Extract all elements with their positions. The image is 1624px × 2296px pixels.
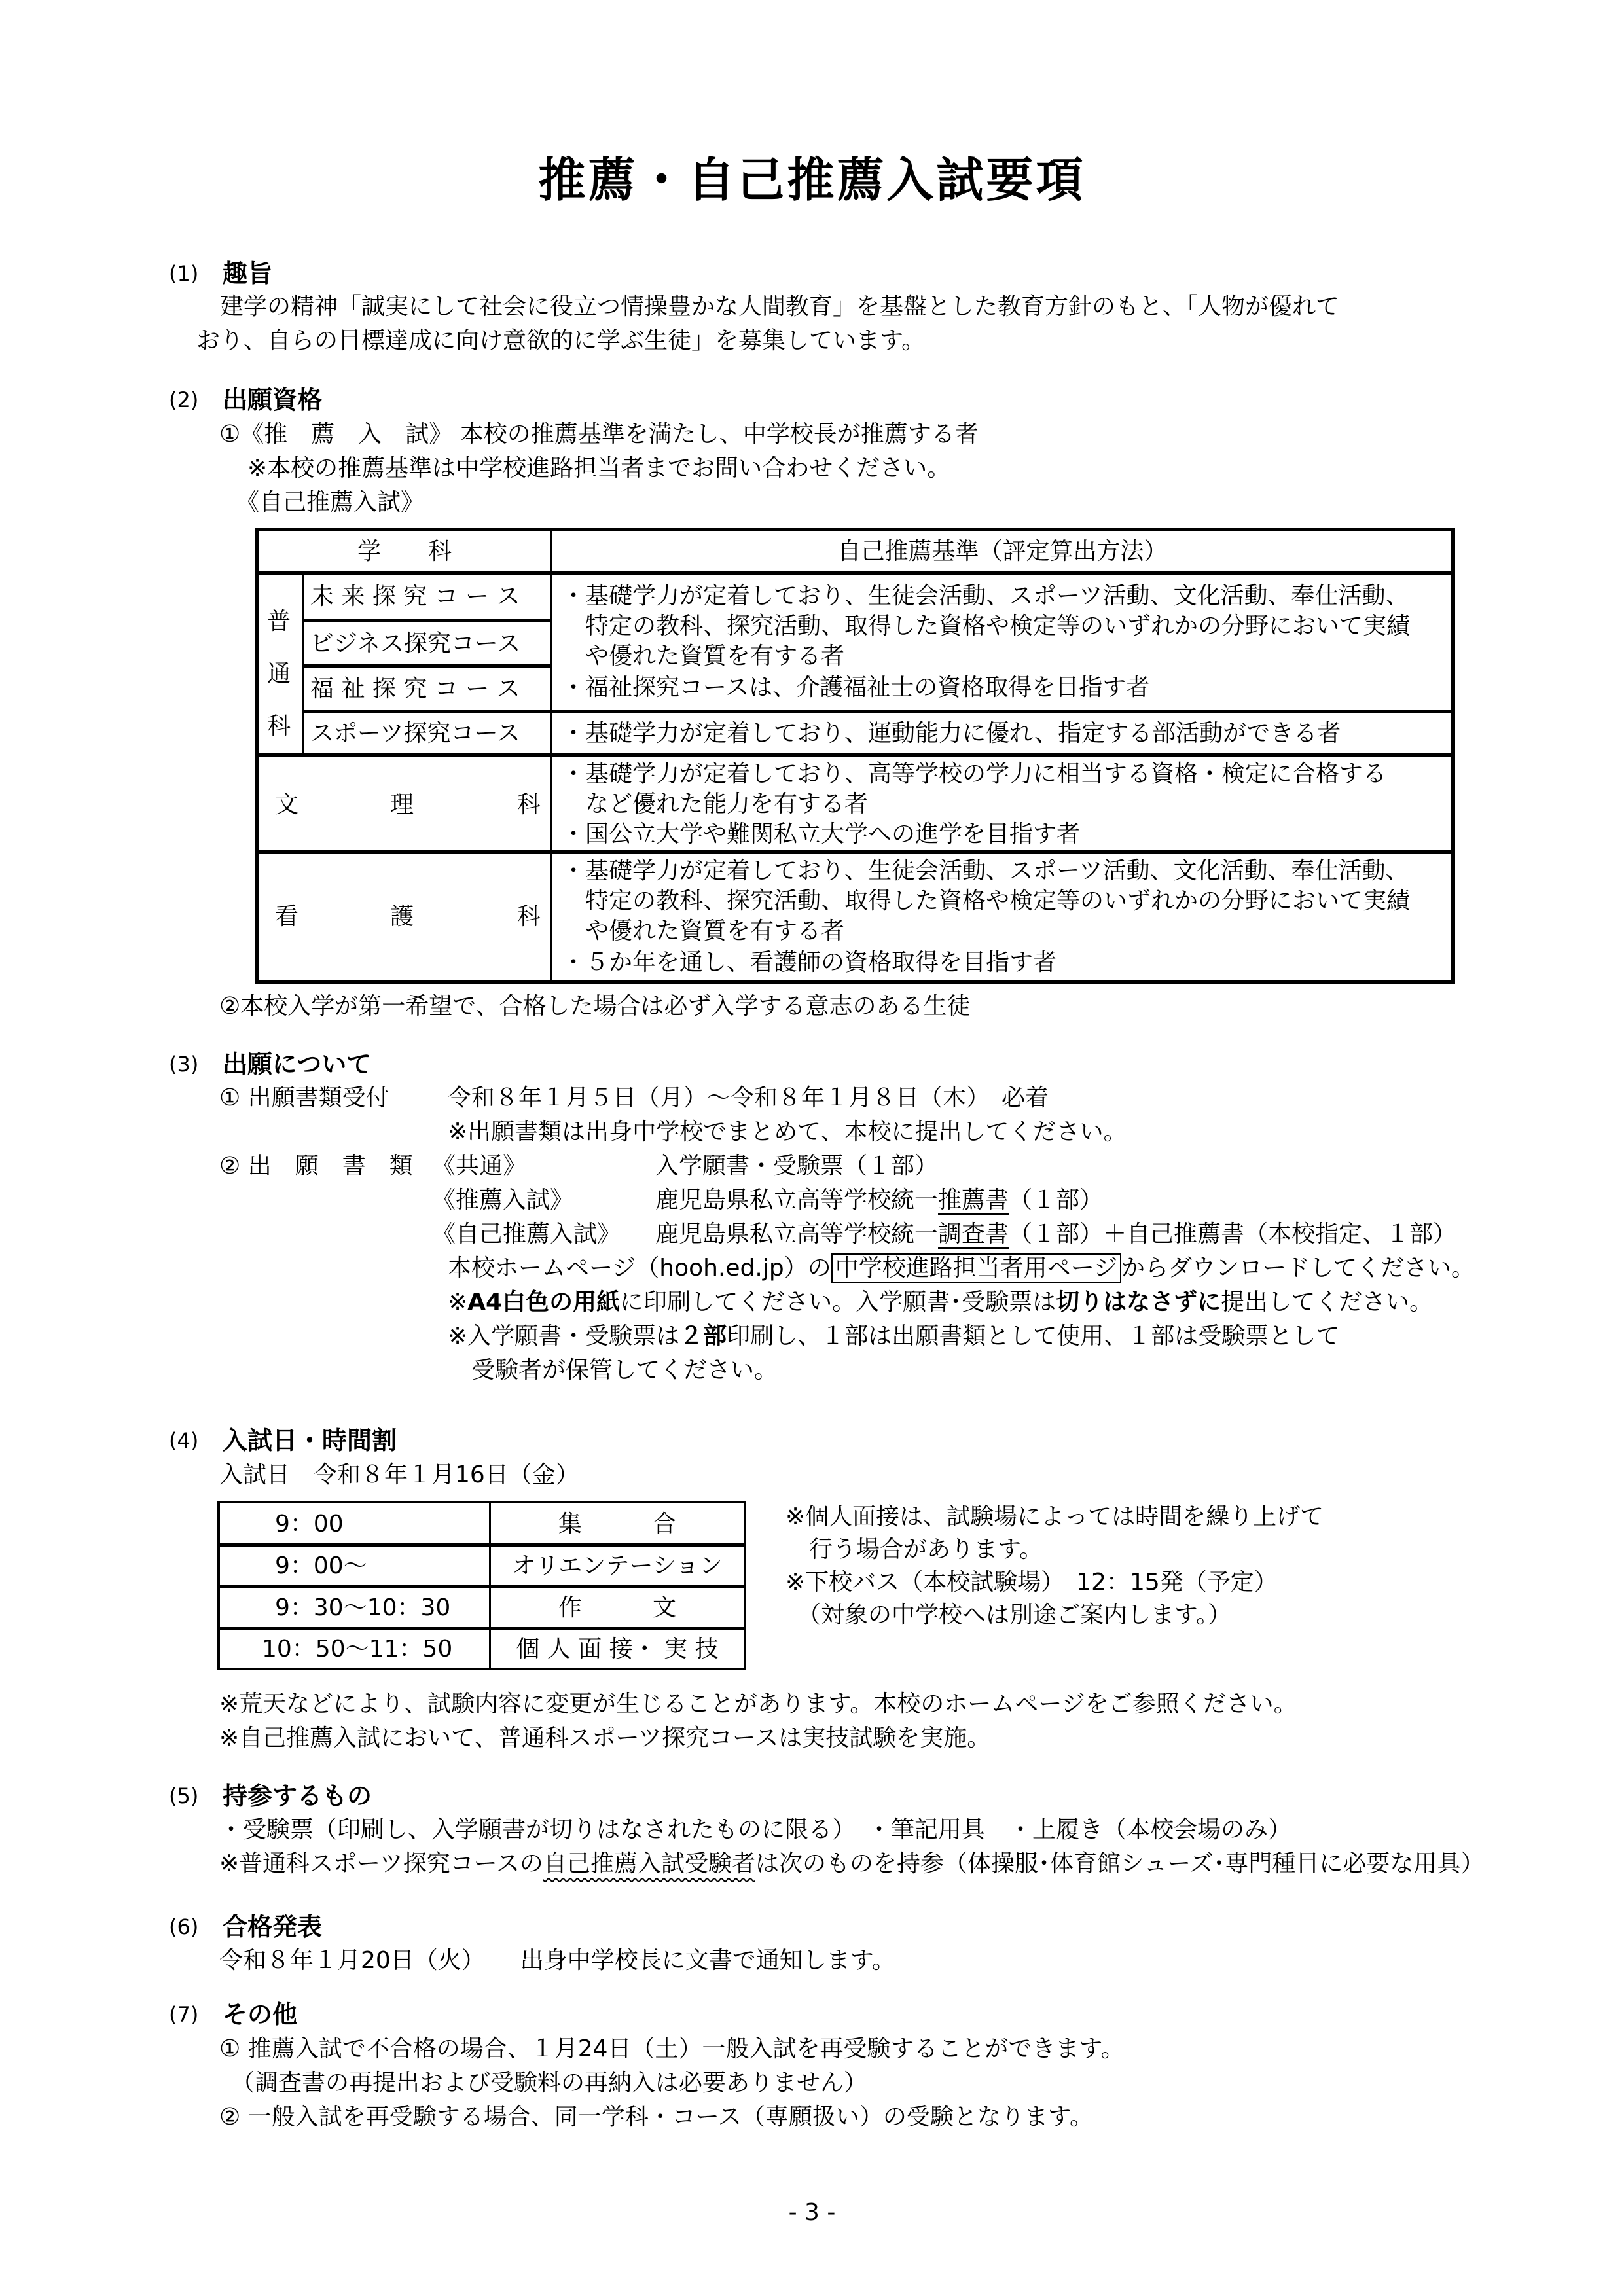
section-7-number: (7)	[169, 1998, 198, 2032]
kango-label-2: 護	[390, 902, 414, 932]
doc-common: 入学願書・受験票（１部）	[655, 1149, 938, 1183]
table-divider	[259, 753, 1451, 757]
course-business: ビジネス探究コース	[310, 629, 520, 659]
table-divider	[259, 850, 1451, 854]
bunri-label-1: 文	[275, 790, 298, 820]
bunri-label-3: 科	[517, 790, 541, 820]
results-announcement: 令和８年１月20日（火） 出身中学校長に文書で通知します。	[219, 1944, 895, 1978]
futsu-criteria-line-3: や優れた資質を有する者	[562, 641, 844, 672]
fukushi-criteria: ・福祉探究コースは、介護福祉士の資格取得を目指す者	[562, 673, 1149, 703]
schedule-event: 個 人 面 接・ 実 技	[491, 1628, 744, 1670]
table-header-department: 学 科	[259, 537, 550, 567]
section-3-title: 出願について	[223, 1047, 371, 1081]
application-period-note: ※出願書類は出身中学校でまとめて、本校に提出してください。	[448, 1115, 1127, 1149]
doc-kind-self-recommendation: 《自己推薦入試》	[432, 1217, 621, 1251]
kango-criteria-line-4: ・５か年を通し、看護師の資格取得を目指す者	[562, 948, 1056, 978]
kango-criteria-line-1: ・基礎学力が定着しており、生徒会活動、スポーツ活動、文化活動、奉仕活動、	[562, 856, 1409, 886]
kango-criteria-line-3: や優れた資質を有する者	[562, 916, 844, 946]
course-fukushi: 福 祉 探 究 コ ー ス	[310, 674, 520, 704]
section-6-title: 合格発表	[223, 1910, 322, 1944]
futsu-label-1: 普	[267, 607, 291, 637]
schedule-event: 集 合	[491, 1503, 744, 1545]
table-divider	[304, 710, 1451, 713]
section-2-number: (2)	[169, 383, 198, 417]
section-6-number: (6)	[169, 1910, 198, 1944]
schedule-time: 9：00	[275, 1503, 344, 1545]
section-4-number: (4)	[169, 1424, 198, 1458]
schedule-event: オリエンテーション	[491, 1545, 744, 1587]
copies-note: ※入学願書・受験票は２部印刷し、１部は出願書類として使用、１部は受験票として	[448, 1319, 1339, 1354]
table-divider	[304, 619, 550, 622]
course-mirai: 未 来 探 究 コ ー ス	[310, 582, 520, 612]
table-header-criteria: 自己推薦基準（評定算出方法）	[554, 537, 1451, 567]
section-2-title: 出願資格	[223, 383, 322, 417]
doc-kind-common: 《共通》	[432, 1149, 526, 1183]
sports-criteria: ・基礎学力が定着しており、運動能力に優れ、指定する部活動ができる者	[562, 719, 1341, 749]
recommendation-criteria: ①《推 薦 入 試》 本校の推薦基準を満たし、中学校長が推薦する者	[219, 418, 979, 452]
futsu-criteria-line-2: 特定の教科、探究活動、取得した資格や検定等のいずれかの分野において実績	[562, 611, 1410, 641]
section-7-title: その他	[223, 1998, 297, 2032]
schedule-row: 9：00 集 合	[220, 1503, 744, 1545]
weather-note: ※荒天などにより、試験内容に変更が生じることがあります。本校のホームページをご参…	[219, 1687, 1297, 1721]
kango-label-3: 科	[517, 902, 541, 932]
schedule-row: 10：50～11：50 個 人 面 接・ 実 技	[220, 1628, 744, 1670]
exam-date: 入試日 令和８年１月16日（金）	[219, 1458, 579, 1492]
futsu-label-3: 科	[267, 711, 291, 742]
doc-kind-recommendation: 《推薦入試》	[432, 1183, 573, 1217]
application-period-label: ① 出願書類受付	[219, 1081, 389, 1115]
copies-note-cont: 受験者が保管してください。	[471, 1354, 778, 1388]
futsu-label-2: 通	[267, 659, 291, 689]
schedule-time: 9：30～10：30	[275, 1587, 450, 1629]
futsu-criteria-line-1: ・基礎学力が定着しており、生徒会活動、スポーツ活動、文化活動、奉仕活動、	[562, 581, 1409, 611]
first-choice-requirement: ②本校入学が第一希望で、合格した場合は必ず入学する意志のある生徒	[219, 990, 971, 1024]
bunri-criteria-line-1: ・基礎学力が定着しており、高等学校の学力に相当する資格・検定に合格する	[562, 759, 1386, 789]
page-number: - 3 -	[0, 2199, 1624, 2226]
kango-criteria-line-2: 特定の教科、探究活動、取得した資格や検定等のいずれかの分野において実績	[562, 886, 1410, 916]
schedule-time: 10：50～11：50	[262, 1628, 452, 1670]
bunri-criteria-line-3: ・国公立大学や難関私立大学への進学を目指す者	[562, 819, 1080, 850]
exam-schedule-table: 9：00 集 合 9：00～ オリエンテーション 9：30～10：30 作 文 …	[217, 1501, 746, 1670]
section-1-body-line-2: おり、自らの目標達成に向け意欲的に学ぶ生徒」を募集しています。	[196, 324, 925, 358]
section-5-title: 持参するもの	[223, 1779, 372, 1813]
items-to-bring: ・受験票（印刷し、入学願書が切りはなされたものに限る） ・筆記用具 ・上履き（本…	[219, 1813, 1291, 1847]
table-divider	[259, 571, 1451, 575]
bunri-label-2: 理	[390, 790, 414, 820]
self-recommendation-criteria-table: 学 科 自己推薦基準（評定算出方法） 普 通 科 未 来 探 究 コ ー ス ビ…	[255, 528, 1455, 984]
download-instruction: 本校ホームページ（hooh.ed.jp）の中学校進路担当者用ページからダウンロー…	[448, 1251, 1475, 1285]
practical-exam-note: ※自己推薦入試において、普通科スポーツ探究コースは実技試験を実施。	[219, 1721, 990, 1755]
teacher-page-link[interactable]: 中学校進路担当者用ページ	[831, 1253, 1121, 1283]
bunri-criteria-line-2: など優れた能力を有する者	[562, 789, 868, 819]
paper-note: ※A4白色の用紙に印刷してください。入学願書･受験票は切りはなさずに提出してくだ…	[448, 1285, 1433, 1319]
interview-note-line-1: ※個人面接は、試験場によっては時間を繰り上げて	[785, 1500, 1324, 1534]
application-period-value: 令和８年１月５日（月）～令和８年１月８日（木） 必着	[448, 1081, 1049, 1115]
section-1-body-line-1: 建学の精神「誠実にして社会に役立つ情操豊かな人間教育」を基盤とした教育方針のもと…	[196, 290, 1339, 324]
page-title: 推薦・自己推薦入試要項	[0, 151, 1624, 209]
application-docs-label: ② 出 願 書 類	[219, 1149, 413, 1183]
schedule-row: 9：30～10：30 作 文	[220, 1587, 744, 1629]
kango-label-1: 看	[275, 902, 298, 932]
section-3-number: (3)	[169, 1047, 198, 1081]
sports-items-note: ※普通科スポーツ探究コースの自己推薦入試受験者は次のものを持参（体操服･体育館シ…	[219, 1847, 1484, 1881]
course-sports: スポーツ探究コース	[310, 719, 520, 749]
section-1-number: (1)	[169, 257, 198, 291]
recommendation-note: ※本校の推薦基準は中学校進路担当者までお問い合わせください。	[247, 452, 950, 486]
other-note-1: ① 推薦入試で不合格の場合、１月24日（土）一般入試を再受験することができます。	[219, 2032, 1125, 2066]
section-5-number: (5)	[169, 1779, 198, 1813]
section-1-title: 趣旨	[223, 257, 272, 291]
table-divider	[304, 664, 550, 668]
bus-note-line-2: （対象の中学校へは別途ご案内します。）	[785, 1598, 1231, 1632]
interview-note-line-2: 行う場合があります。	[785, 1533, 1043, 1567]
schedule-time: 9：00～	[275, 1545, 367, 1587]
other-note-1-cont: （調査書の再提出および受験料の再納入は必要ありません）	[219, 2066, 867, 2100]
section-4-title: 入試日・時間割	[223, 1424, 397, 1458]
doc-self-recommendation: 鹿児島県私立高等学校統一調査書（１部）＋自己推薦書（本校指定、１部）	[655, 1217, 1456, 1251]
schedule-event: 作 文	[491, 1587, 744, 1629]
schedule-row: 9：00～ オリエンテーション	[220, 1545, 744, 1587]
doc-recommendation: 鹿児島県私立高等学校統一推薦書（１部）	[655, 1183, 1103, 1217]
self-recommendation-label: 《自己推薦入試》	[236, 486, 424, 520]
bus-note-line-1: ※下校バス（本校試験場） 12：15発（予定）	[785, 1566, 1278, 1600]
other-note-2: ② 一般入試を再受験する場合、同一学科・コース（専願扱い）の受験となります。	[219, 2100, 1093, 2134]
